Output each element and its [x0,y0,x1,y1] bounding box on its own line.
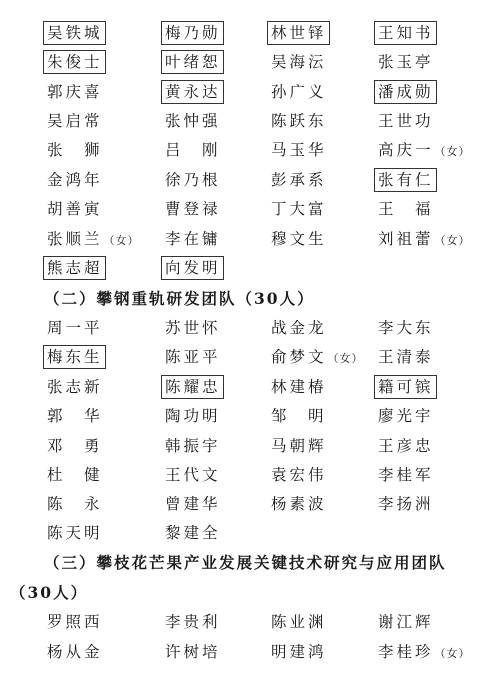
member-name-text: 郭 华 [47,407,103,425]
name-row: 邓 勇韩振宇马朝辉王彦忠 [0,434,500,460]
member-name-text: 杜 健 [47,466,103,484]
member-name-boxed: 陈耀忠 [161,375,224,399]
member-name-boxed: 黄永达 [161,80,224,104]
member-name: 孙广义 [271,80,327,104]
member-name-text: 朱俊士 [47,53,103,71]
member-name-text: 苏世怀 [165,319,221,337]
member-name-text: 明建鸿 [271,643,327,661]
name-row: 朱俊士叶绪恕吴海沄张玉亭 [0,50,500,76]
name-row: 郭 华陶功明邹 明廖光宇 [0,404,500,430]
member-name-text: 李扬洲 [378,495,434,513]
member-name-text: 潘成勋 [378,83,434,101]
member-name-text: 邹 明 [271,407,327,425]
name-row: 张顺兰（女）李在镛穆文生刘祖蕾（女） [0,227,500,253]
member-name-text: 周一平 [47,319,103,337]
member-name-text: 穆文生 [271,230,327,248]
member-name-text: 彭承系 [271,171,327,189]
member-name-boxed: 张有仁 [374,168,437,192]
member-name-text: 许树培 [165,643,221,661]
member-name-text: 胡善寅 [47,200,103,218]
member-name: 徐乃根 [165,168,221,192]
member-name: 张忡强 [165,109,221,133]
member-name: 李扬洲 [378,492,434,516]
member-name-boxed: 向发明 [161,256,224,280]
member-name: 周一平 [47,316,103,340]
member-name-text: 林建椿 [271,378,327,396]
member-name: 王彦忠 [378,434,434,458]
member-name-text: 罗照西 [47,613,103,631]
member-name: 林建椿 [271,375,327,399]
member-name-text: 孙广义 [271,83,327,101]
member-name-text: 曾建华 [165,495,221,513]
member-name-text: 黄永达 [165,83,221,101]
member-name-boxed: 梅乃勋 [161,21,224,45]
member-name: 吴海沄 [271,50,327,74]
member-name-text: 李贵利 [165,613,221,631]
member-name: 廖光宇 [378,404,434,428]
name-row: 熊志超向发明 [0,256,500,282]
member-name-text: 高庆一 [378,141,434,159]
member-name-text: 王世功 [378,112,434,130]
member-name: 杨素波 [271,492,327,516]
member-name-text: 陈业渊 [271,613,327,631]
member-name: 张玉亭 [378,50,434,74]
name-row: 罗照西李贵利陈业渊谢江辉 [0,610,500,636]
member-name: 陈亚平 [165,345,221,369]
member-name: 陈 永 [47,492,103,516]
member-name-text: 梅乃勋 [165,24,221,42]
member-name-text: 张忡强 [165,112,221,130]
member-name-text: 俞梦文 [271,348,327,366]
member-name-text: 廖光宇 [378,407,434,425]
name-row: 陈天明黎建全 [0,521,500,547]
member-name: 郭 华 [47,404,103,428]
member-name-text: 马玉华 [271,141,327,159]
member-name-text: 籍可镔 [378,378,434,396]
member-name: 李桂珍（女） [378,640,471,664]
member-name: 陈跃东 [271,109,327,133]
member-name-text: 吴海沄 [271,53,327,71]
member-name: 丁大富 [271,197,327,221]
member-name: 王世功 [378,109,434,133]
member-name: 陶功明 [165,404,221,428]
section-3-heading: （三）攀枝花芒果产业发展关键技术研究与应用团队 [44,551,447,575]
member-name-text: 张玉亭 [378,53,434,71]
member-name-text: 曹登禄 [165,200,221,218]
member-name-text: 丁大富 [271,200,327,218]
name-row: 郭庆喜黄永达孙广义潘成勋 [0,80,500,106]
member-name-text: 李桂军 [378,466,434,484]
member-name-text: 张有仁 [378,171,434,189]
member-name: 陈业渊 [271,610,327,634]
member-name: 高庆一（女） [378,138,471,162]
member-name: 苏世怀 [165,316,221,340]
member-name-text: 李桂珍 [378,643,434,661]
member-name-text: 杨从金 [47,643,103,661]
member-name-text: 陈亚平 [165,348,221,366]
gender-note: （女） [104,234,140,247]
member-name: 杜 健 [47,463,103,487]
member-name-text: 金鸿年 [47,171,103,189]
member-name-text: 徐乃根 [165,171,221,189]
member-name-text: 张志新 [47,378,103,396]
member-name-text: 熊志超 [47,259,103,277]
name-row: 梅东生陈亚平俞梦文（女）王清泰 [0,345,500,371]
member-name-boxed: 王知书 [374,21,437,45]
member-name-text: 黎建全 [165,524,221,542]
member-name: 战金龙 [271,316,327,340]
member-name: 王代文 [165,463,221,487]
member-name-text: 张顺兰 [47,230,103,248]
member-name-text: 陈天明 [47,524,103,542]
member-name-text: 韩振宇 [165,437,221,455]
name-row: 吴铁城梅乃勋林世铎王知书 [0,21,500,47]
member-name-boxed: 熊志超 [43,256,106,280]
name-row: 吴启常张忡强陈跃东王世功 [0,109,500,135]
document-page: 吴铁城梅乃勋林世铎王知书朱俊士叶绪恕吴海沄张玉亭郭庆喜黄永达孙广义潘成勋吴启常张… [0,0,500,681]
member-name: 许树培 [165,640,221,664]
member-name: 李贵利 [165,610,221,634]
name-row: 胡善寅曹登禄丁大富王 福 [0,197,500,223]
member-name-text: 吴启常 [47,112,103,130]
name-row: 金鸿年徐乃根彭承系张有仁 [0,168,500,194]
member-name-text: 陈跃东 [271,112,327,130]
member-name: 吴启常 [47,109,103,133]
member-name-text: 袁宏伟 [271,466,327,484]
member-name: 谢江辉 [378,610,434,634]
gender-note: （女） [435,647,471,660]
section-2-heading: （二）攀钢重轨研发团队（30人） [44,287,315,311]
member-name: 曹登禄 [165,197,221,221]
member-name: 李在镛 [165,227,221,251]
member-name: 罗照西 [47,610,103,634]
member-name: 彭承系 [271,168,327,192]
member-name-text: 叶绪恕 [165,53,221,71]
member-name-text: 王彦忠 [378,437,434,455]
member-name: 张 狮 [47,138,103,162]
member-name-text: 战金龙 [271,319,327,337]
member-name-text: 张 狮 [47,141,103,159]
member-name: 王清泰 [378,345,434,369]
member-name-boxed: 梅东生 [43,345,106,369]
gender-note: （女） [435,234,471,247]
member-name: 张顺兰（女） [47,227,140,251]
member-name-text: 郭庆喜 [47,83,103,101]
name-row: 杜 健王代文袁宏伟李桂军 [0,463,500,489]
member-name: 陈天明 [47,521,103,545]
member-name-text: 王清泰 [378,348,434,366]
name-row: 张 狮吕 刚马玉华高庆一（女） [0,138,500,164]
section-3-heading-continuation: （30人） [10,581,88,605]
member-name-text: 李在镛 [165,230,221,248]
member-name-text: 李大东 [378,319,434,337]
member-name: 李大东 [378,316,434,340]
member-name-text: 马朝辉 [271,437,327,455]
member-name: 邓 勇 [47,434,103,458]
gender-note: （女） [435,145,471,158]
member-name-text: 王知书 [378,24,434,42]
member-name: 袁宏伟 [271,463,327,487]
member-name-text: 邓 勇 [47,437,103,455]
member-name: 马朝辉 [271,434,327,458]
member-name: 张志新 [47,375,103,399]
member-name: 吕 刚 [165,138,221,162]
member-name-text: 王代文 [165,466,221,484]
name-row: 张志新陈耀忠林建椿籍可镔 [0,375,500,401]
member-name-text: 梅东生 [47,348,103,366]
member-name: 邹 明 [271,404,327,428]
member-name: 穆文生 [271,227,327,251]
gender-note: （女） [328,352,364,365]
member-name: 曾建华 [165,492,221,516]
member-name: 郭庆喜 [47,80,103,104]
member-name-text: 陈 永 [47,495,103,513]
name-row: 杨从金许树培明建鸿李桂珍（女） [0,640,500,666]
member-name: 胡善寅 [47,197,103,221]
member-name-text: 杨素波 [271,495,327,513]
member-name: 刘祖蕾（女） [378,227,471,251]
member-name-text: 刘祖蕾 [378,230,434,248]
member-name-text: 陶功明 [165,407,221,425]
member-name: 韩振宇 [165,434,221,458]
member-name-boxed: 叶绪恕 [161,50,224,74]
name-row: 陈 永曾建华杨素波李扬洲 [0,492,500,518]
member-name-text: 陈耀忠 [165,378,221,396]
member-name: 明建鸿 [271,640,327,664]
member-name: 马玉华 [271,138,327,162]
member-name: 俞梦文（女） [271,345,364,369]
member-name: 王 福 [378,197,434,221]
member-name-text: 林世铎 [271,24,327,42]
member-name-text: 谢江辉 [378,613,434,631]
member-name-boxed: 吴铁城 [43,21,106,45]
member-name-text: 吕 刚 [165,141,221,159]
member-name-text: 向发明 [165,259,221,277]
member-name-boxed: 籍可镔 [374,375,437,399]
member-name: 杨从金 [47,640,103,664]
member-name-text: 王 福 [378,200,434,218]
member-name: 金鸿年 [47,168,103,192]
member-name: 李桂军 [378,463,434,487]
name-row: 周一平苏世怀战金龙李大东 [0,316,500,342]
member-name-text: 吴铁城 [47,24,103,42]
member-name: 黎建全 [165,521,221,545]
member-name-boxed: 林世铎 [267,21,330,45]
member-name-boxed: 朱俊士 [43,50,106,74]
member-name-boxed: 潘成勋 [374,80,437,104]
